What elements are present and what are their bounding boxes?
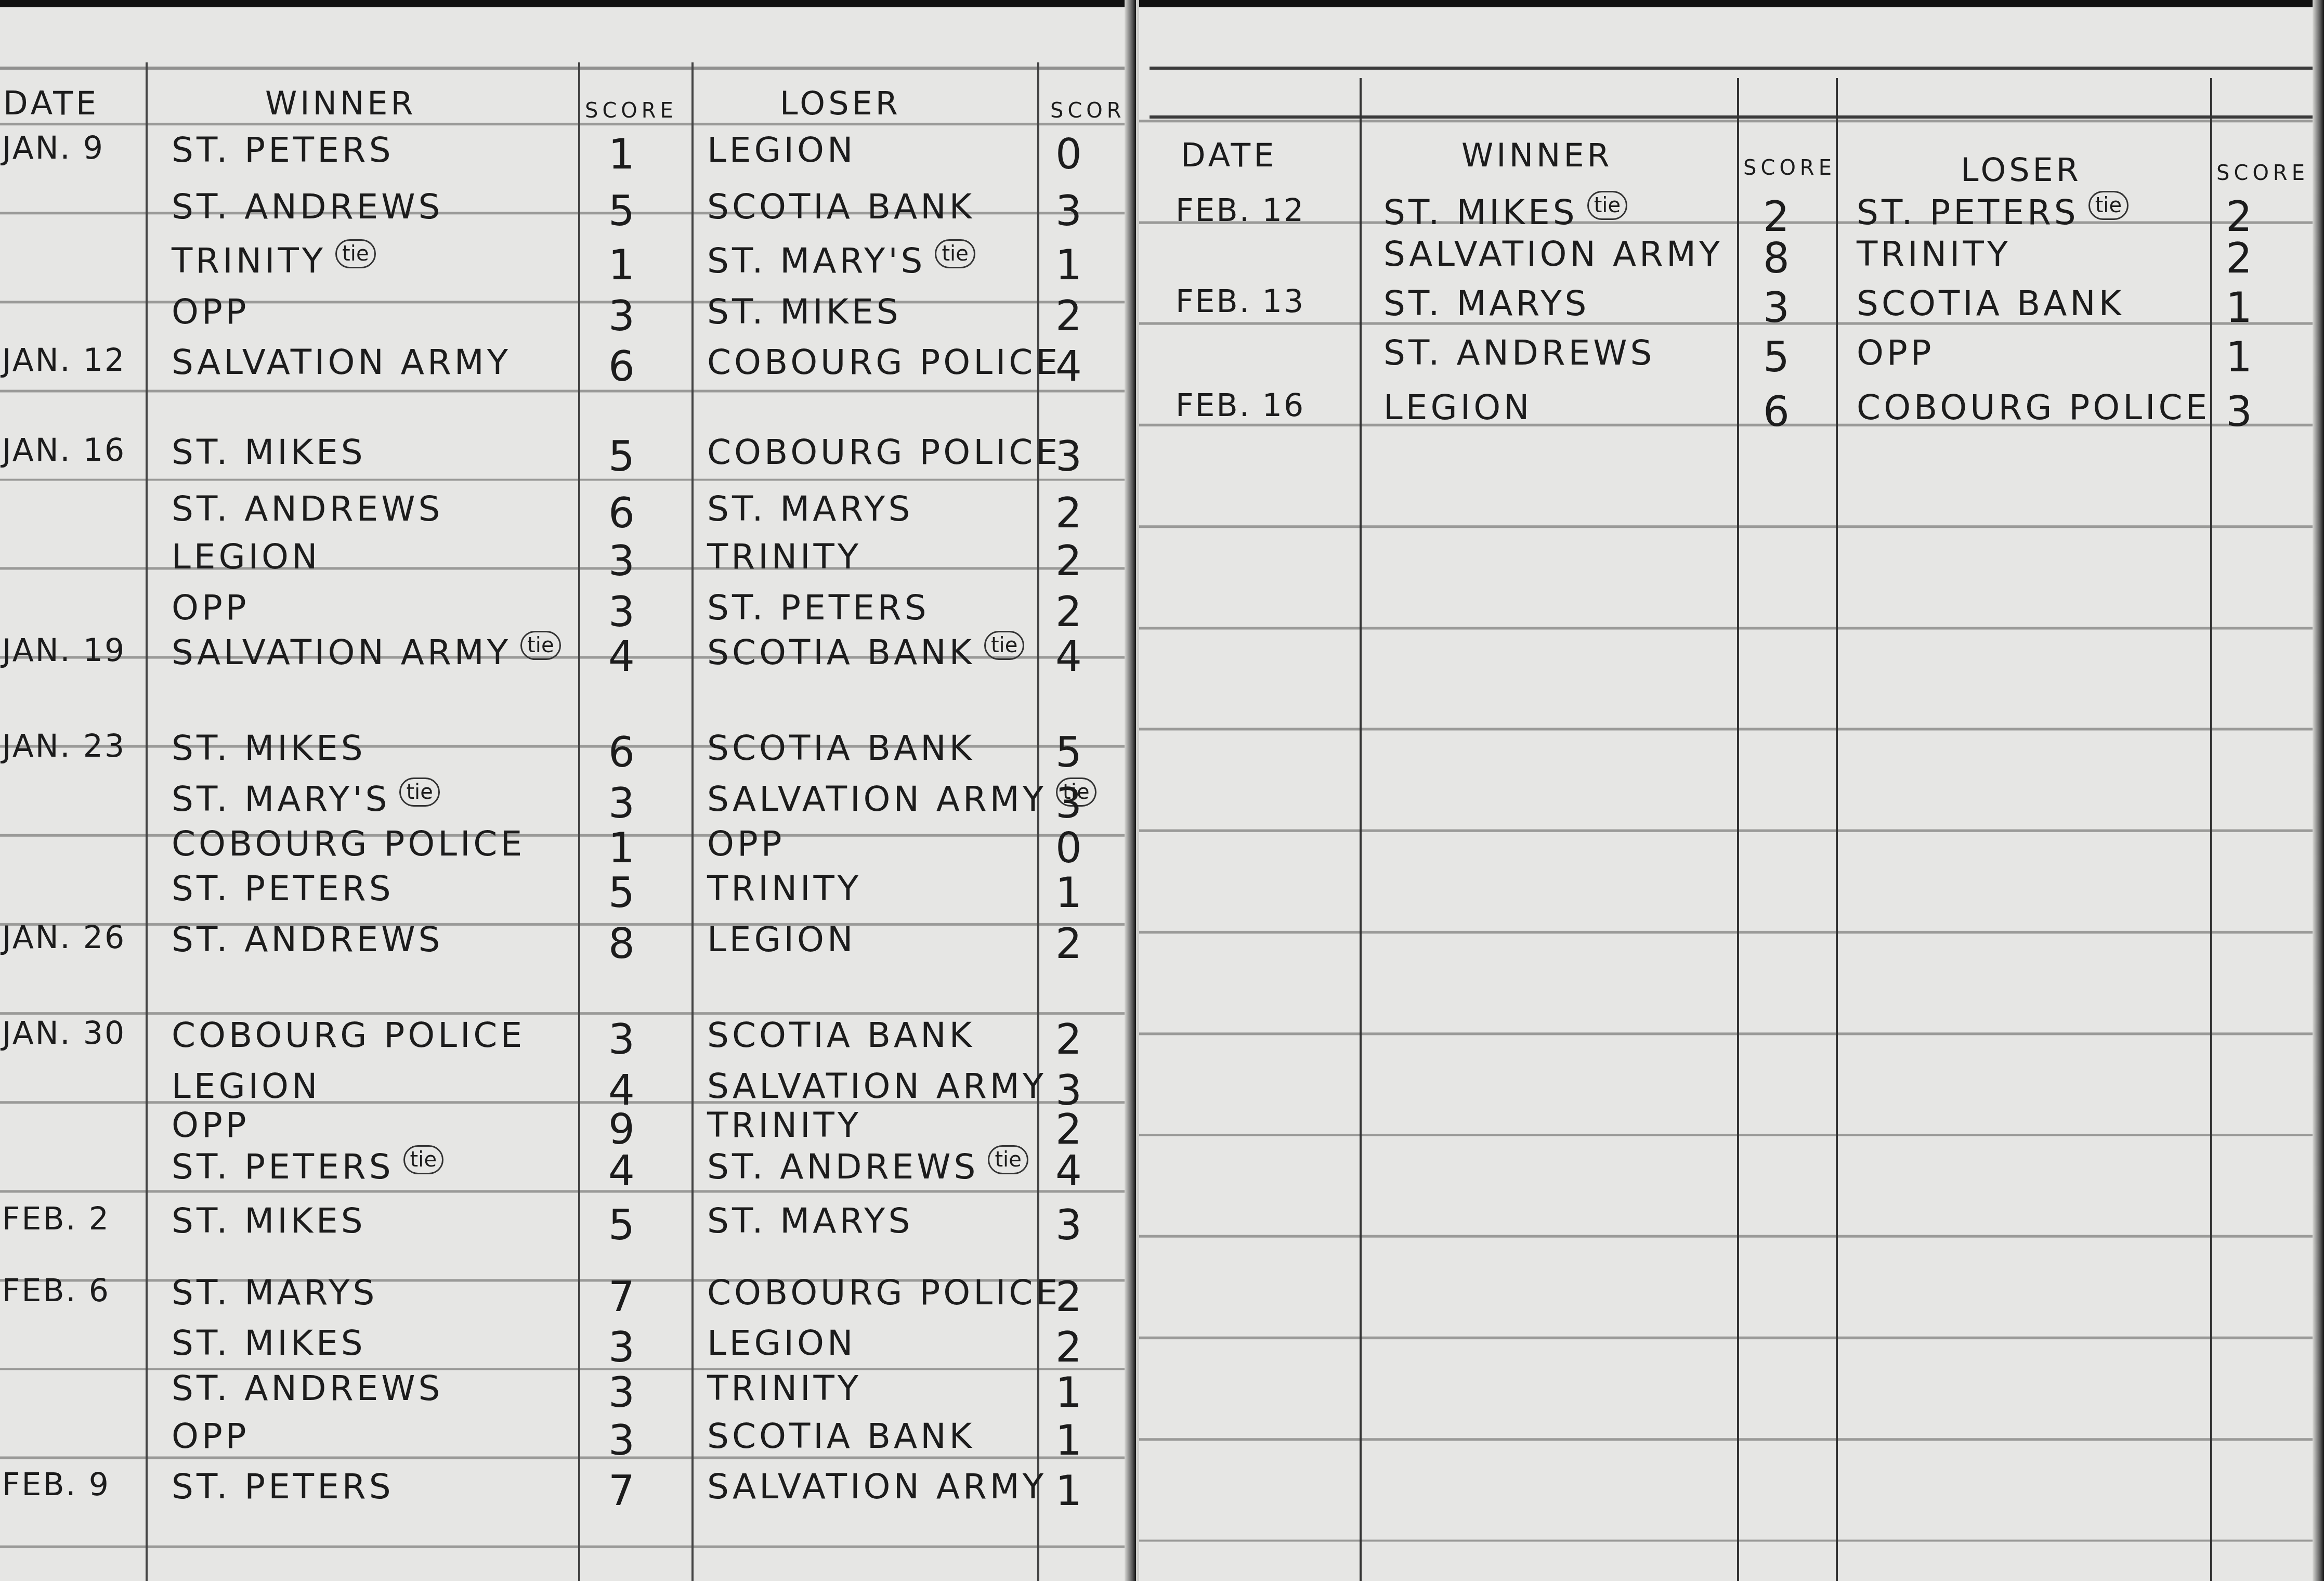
winner-score-cell: 8 bbox=[608, 919, 635, 968]
loser-score-cell: 2 bbox=[1055, 489, 1082, 537]
loser-cell: OPP bbox=[1857, 333, 1935, 373]
winner-score-cell: 3 bbox=[1763, 283, 1790, 332]
loser-score-cell: 4 bbox=[1055, 342, 1082, 391]
loser-score-cell: 1 bbox=[1055, 1467, 1082, 1515]
loser-cell: ST. MARYS bbox=[707, 1201, 913, 1241]
loser-score-cell: 2 bbox=[1055, 1105, 1082, 1154]
date-cell: FEB. 2 bbox=[2, 1201, 110, 1237]
header-loser: LOSER bbox=[780, 84, 901, 122]
column-divider-date bbox=[1360, 78, 1362, 1581]
loser-cell: TRINITY bbox=[707, 1105, 861, 1145]
loser-cell: SCOTIA BANK bbox=[707, 1015, 975, 1055]
loser-cell: LEGION bbox=[707, 919, 856, 960]
date-cell: FEB. 9 bbox=[2, 1467, 110, 1503]
loser-score-cell: 2 bbox=[2226, 234, 2252, 282]
winner-score-cell: 7 bbox=[608, 1273, 635, 1321]
winner-cell: LEGION bbox=[172, 1066, 320, 1106]
loser-score-cell: 2 bbox=[1055, 588, 1082, 636]
tie-marker: tie bbox=[984, 631, 1024, 660]
loser-cell: SCOTIA BANK bbox=[707, 1416, 975, 1456]
loser-cell: SCOTIA BANK bbox=[707, 728, 975, 768]
winner-cell: ST. MIKES bbox=[172, 432, 366, 472]
winner-score-cell: 3 bbox=[608, 1368, 635, 1417]
winner-score-cell: 6 bbox=[608, 489, 635, 537]
loser-score-cell: 3 bbox=[1055, 1201, 1082, 1249]
loser-score-cell: 2 bbox=[1055, 537, 1082, 585]
loser-cell: LEGION bbox=[707, 1323, 856, 1363]
loser-score-cell: 1 bbox=[1055, 1368, 1082, 1417]
winner-score-cell: 8 bbox=[1763, 234, 1790, 282]
winner-score-cell: 1 bbox=[608, 241, 635, 289]
winner-cell: LEGION bbox=[1383, 387, 1532, 427]
date-cell: JAN. 26 bbox=[2, 919, 126, 956]
header-winner: WINNER bbox=[265, 84, 416, 122]
loser-score-cell: 1 bbox=[2226, 333, 2252, 381]
winner-cell: LEGION bbox=[172, 537, 320, 577]
winner-cell: ST. ANDREWS bbox=[172, 489, 443, 529]
winner-cell: ST. PETERS bbox=[172, 130, 394, 170]
header-loser-score: SCORE bbox=[1050, 99, 1136, 123]
header-loser: LOSER bbox=[1961, 151, 2082, 189]
loser-cell: ST. MIKES bbox=[707, 292, 902, 332]
loser-score-cell: 2 bbox=[1055, 1273, 1082, 1321]
column-divider-date bbox=[146, 62, 148, 1581]
loser-cell: COBOURG POLICE bbox=[707, 432, 1061, 472]
winner-cell: ST. MARY'Stie bbox=[172, 779, 440, 819]
loser-score-cell: 3 bbox=[1055, 187, 1082, 235]
header-date: DATE bbox=[3, 84, 99, 122]
winner-cell: OPP bbox=[172, 1416, 250, 1456]
winner-cell: COBOURG POLICE bbox=[172, 824, 525, 864]
winner-cell: COBOURG POLICE bbox=[172, 1015, 525, 1055]
loser-cell: ST. PETERStie bbox=[1857, 192, 2129, 232]
column-divider-loser bbox=[2210, 78, 2212, 1581]
loser-score-cell: 3 bbox=[1055, 779, 1082, 827]
winner-cell: ST. ANDREWS bbox=[1383, 333, 1655, 373]
winner-score-cell: 6 bbox=[608, 342, 635, 391]
tie-marker: tie bbox=[520, 631, 560, 660]
loser-score-cell: 1 bbox=[1055, 869, 1082, 917]
winner-score-cell: 3 bbox=[608, 1323, 635, 1371]
winner-cell: OPP bbox=[172, 588, 250, 628]
date-cell: FEB. 12 bbox=[1176, 192, 1305, 229]
winner-cell: ST. ANDREWS bbox=[172, 187, 443, 227]
winner-cell: ST. PETERS bbox=[172, 1467, 394, 1507]
loser-score-cell: 1 bbox=[1055, 241, 1082, 289]
loser-score-cell: 4 bbox=[1055, 1147, 1082, 1195]
left-page: DATE WINNER SCORE LOSER SCORE JAN. 9ST. … bbox=[0, 0, 1136, 1581]
loser-cell: ST. ANDREWStie bbox=[707, 1147, 1028, 1187]
loser-score-cell: 2 bbox=[1055, 292, 1082, 340]
header-winner-score: SCORE bbox=[1743, 156, 1836, 180]
winner-score-cell: 3 bbox=[608, 537, 635, 585]
loser-cell: SCOTIA BANK bbox=[1857, 283, 2124, 323]
date-cell: FEB. 6 bbox=[2, 1273, 110, 1309]
winner-cell: OPP bbox=[172, 1105, 250, 1145]
winner-score-cell: 5 bbox=[608, 432, 635, 481]
date-cell: JAN. 9 bbox=[2, 130, 105, 166]
loser-score-cell: 1 bbox=[2226, 283, 2252, 332]
winner-score-cell: 3 bbox=[608, 292, 635, 340]
loser-cell: SCOTIA BANKtie bbox=[707, 632, 1024, 672]
page-edge bbox=[2313, 0, 2324, 1581]
winner-cell: ST. ANDREWS bbox=[172, 919, 443, 960]
date-cell: JAN. 12 bbox=[2, 342, 126, 379]
header-date: DATE bbox=[1181, 136, 1277, 174]
winner-score-cell: 1 bbox=[608, 130, 635, 178]
winner-cell: ST. MIKES bbox=[172, 1201, 366, 1241]
loser-cell: TRINITY bbox=[707, 537, 861, 577]
tie-marker: tie bbox=[935, 239, 975, 268]
top-rule bbox=[0, 67, 1136, 70]
winner-cell: ST. MIKES bbox=[172, 728, 366, 768]
winner-cell: ST. MARYS bbox=[1383, 283, 1589, 323]
date-cell: JAN. 16 bbox=[2, 432, 126, 469]
winner-score-cell: 5 bbox=[608, 187, 635, 235]
winner-cell: ST. MIKES bbox=[172, 1323, 366, 1363]
loser-cell: COBOURG POLICE bbox=[707, 342, 1061, 382]
loser-score-cell: 2 bbox=[1055, 1015, 1082, 1064]
header-loser-score: SCORE bbox=[2216, 161, 2309, 185]
winner-cell: ST. ANDREWS bbox=[172, 1368, 443, 1408]
winner-cell: ST. PETERS bbox=[172, 869, 394, 909]
loser-cell: SALVATION ARMY bbox=[707, 1066, 1047, 1106]
winner-score-cell: 6 bbox=[1763, 387, 1790, 436]
column-divider-winner bbox=[578, 62, 580, 1581]
winner-score-cell: 5 bbox=[608, 1201, 635, 1249]
date-cell: JAN. 19 bbox=[2, 632, 126, 669]
loser-cell: ST. PETERS bbox=[707, 588, 930, 628]
header-winner-score: SCORE bbox=[585, 99, 677, 123]
top-shadow bbox=[0, 0, 1136, 7]
right-page: DATE WINNER SCORE LOSER SCORE FEB. 12ST.… bbox=[1136, 0, 2324, 1581]
column-divider-winner bbox=[1737, 78, 1739, 1581]
loser-cell: LEGION bbox=[707, 130, 856, 170]
winner-score-cell: 9 bbox=[608, 1105, 635, 1154]
loser-score-cell: 5 bbox=[1055, 728, 1082, 776]
date-cell: JAN. 30 bbox=[2, 1015, 126, 1052]
loser-score-cell: 4 bbox=[1055, 632, 1082, 681]
loser-cell: ST. MARYS bbox=[707, 489, 913, 529]
winner-score-cell: 1 bbox=[608, 824, 635, 872]
tie-marker: tie bbox=[335, 239, 375, 268]
winner-cell: ST. PETERStie bbox=[172, 1147, 443, 1187]
winner-cell: ST. MIKEStie bbox=[1383, 192, 1627, 232]
winner-score-cell: 3 bbox=[608, 779, 635, 827]
top-shadow bbox=[1139, 0, 2324, 7]
tie-marker: tie bbox=[1587, 191, 1627, 220]
scorebook-spread: DATE WINNER SCORE LOSER SCORE JAN. 9ST. … bbox=[0, 0, 2324, 1581]
winner-score-cell: 3 bbox=[608, 588, 635, 636]
winner-cell: SALVATION ARMYtie bbox=[172, 632, 561, 672]
header-winner: WINNER bbox=[1461, 136, 1613, 174]
winner-score-cell: 4 bbox=[608, 1147, 635, 1195]
loser-score-cell: 3 bbox=[1055, 432, 1082, 481]
winner-cell: TRINITYtie bbox=[172, 241, 376, 281]
tie-marker: tie bbox=[2088, 191, 2129, 220]
loser-score-cell: 0 bbox=[1055, 130, 1082, 178]
winner-score-cell: 7 bbox=[608, 1467, 635, 1515]
loser-cell: TRINITY bbox=[707, 869, 861, 909]
winner-cell: SALVATION ARMY bbox=[1383, 234, 1723, 274]
tie-marker: tie bbox=[988, 1145, 1028, 1174]
loser-score-cell: 2 bbox=[1055, 919, 1082, 968]
loser-score-cell: 3 bbox=[2226, 387, 2252, 436]
date-cell: JAN. 23 bbox=[2, 728, 126, 764]
loser-cell: TRINITY bbox=[1857, 234, 2011, 274]
loser-cell: COBOURG POLICE bbox=[1857, 387, 2210, 427]
loser-cell: SALVATION ARMYtie bbox=[707, 779, 1096, 819]
loser-score-cell: 1 bbox=[1055, 1416, 1082, 1465]
column-divider-loser bbox=[1037, 62, 1039, 1581]
loser-cell: SCOTIA BANK bbox=[707, 187, 975, 227]
winner-score-cell: 6 bbox=[608, 728, 635, 776]
winner-score-cell: 5 bbox=[608, 869, 635, 917]
loser-cell: OPP bbox=[707, 824, 785, 864]
winner-score-cell: 3 bbox=[608, 1015, 635, 1064]
tie-marker: tie bbox=[403, 1145, 443, 1174]
date-cell: FEB. 16 bbox=[1176, 387, 1305, 424]
loser-cell: ST. MARY'Stie bbox=[707, 241, 975, 281]
loser-score-cell: 0 bbox=[1055, 824, 1082, 872]
loser-cell: COBOURG POLICE bbox=[707, 1273, 1061, 1313]
date-cell: FEB. 13 bbox=[1176, 283, 1305, 320]
winner-score-cell: 3 bbox=[608, 1416, 635, 1465]
page-edge bbox=[1125, 0, 1136, 1581]
winner-score-cell: 5 bbox=[1763, 333, 1790, 381]
winner-score-cell: 4 bbox=[608, 632, 635, 681]
winner-cell: SALVATION ARMY bbox=[172, 342, 511, 382]
loser-score-cell: 2 bbox=[1055, 1323, 1082, 1371]
tie-marker: tie bbox=[399, 777, 439, 807]
winner-cell: OPP bbox=[172, 292, 250, 332]
column-divider-winner-score bbox=[691, 62, 694, 1581]
winner-cell: ST. MARYS bbox=[172, 1273, 377, 1313]
loser-cell: TRINITY bbox=[707, 1368, 861, 1408]
loser-cell: SALVATION ARMY bbox=[707, 1467, 1047, 1507]
header-top-rule bbox=[1150, 67, 2324, 70]
column-divider-winner-score bbox=[1836, 78, 1838, 1581]
